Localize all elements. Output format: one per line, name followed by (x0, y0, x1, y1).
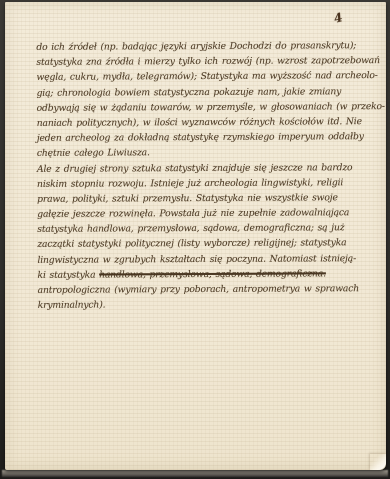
manuscript-line: gią; chronologia bowiem statystyczna pok… (37, 84, 359, 101)
manuscript-line: do ich źródeł (np. badając języki aryjsk… (36, 38, 358, 55)
manuscript-line: antropologiczna (wymiary przy poborach, … (38, 281, 360, 298)
scan-bottom-shadow (2, 470, 388, 477)
manuscript-text: do ich źródeł (np. badając języki aryjsk… (36, 38, 359, 313)
manuscript-line: chętnie całego Liwiusza. (37, 144, 359, 161)
manuscript-line: niskim stopniu rozwoju. Istnieje już arc… (37, 175, 359, 192)
scan-background: 4 do ich źródeł (np. badając języki aryj… (0, 0, 390, 479)
manuscript-line: statystyka zna źródła i mierzy tylko ich… (36, 53, 358, 70)
manuscript-line: prawa, polityki, sztuki przemysłu. Staty… (37, 190, 359, 207)
manuscript-line: lingwistyczna w zgrubych kształtach się … (37, 251, 359, 268)
manuscript-line: naniach politycznych), w ilości wyznawcó… (37, 114, 359, 131)
manuscript-line-with-strikethrough: ki statystyka handlowa, przemysłowa, sąd… (37, 266, 359, 283)
manuscript-line: odbywają się w żądaniu towarów, w przemy… (37, 99, 359, 116)
manuscript-page: 4 do ich źródeł (np. badając języki aryj… (5, 2, 386, 470)
page-corner-curl (370, 454, 386, 470)
manuscript-line: statystyka handlowa, przemysłowa, sądowa… (37, 220, 359, 237)
manuscript-line: węgla, cukru, mydła, telegramów); Statys… (36, 69, 358, 86)
manuscript-line: Ale z drugiej strony sztuka statystyki z… (37, 160, 359, 177)
manuscript-line: zaczątki statystyki politycznej (listy w… (37, 236, 359, 253)
page-number: 4 (332, 10, 343, 26)
manuscript-line: kryminalnych). (38, 296, 360, 313)
strike-line-normal-text: ki statystyka (37, 269, 99, 280)
manuscript-line: jeden archeolog za dokładną statystykę r… (37, 129, 359, 146)
strike-line-struck-text: handlowa, przemysłowa, sądowa, demografi… (99, 268, 326, 280)
manuscript-line: gałęzie jeszcze rozwinęła. Powstała już … (37, 205, 359, 222)
